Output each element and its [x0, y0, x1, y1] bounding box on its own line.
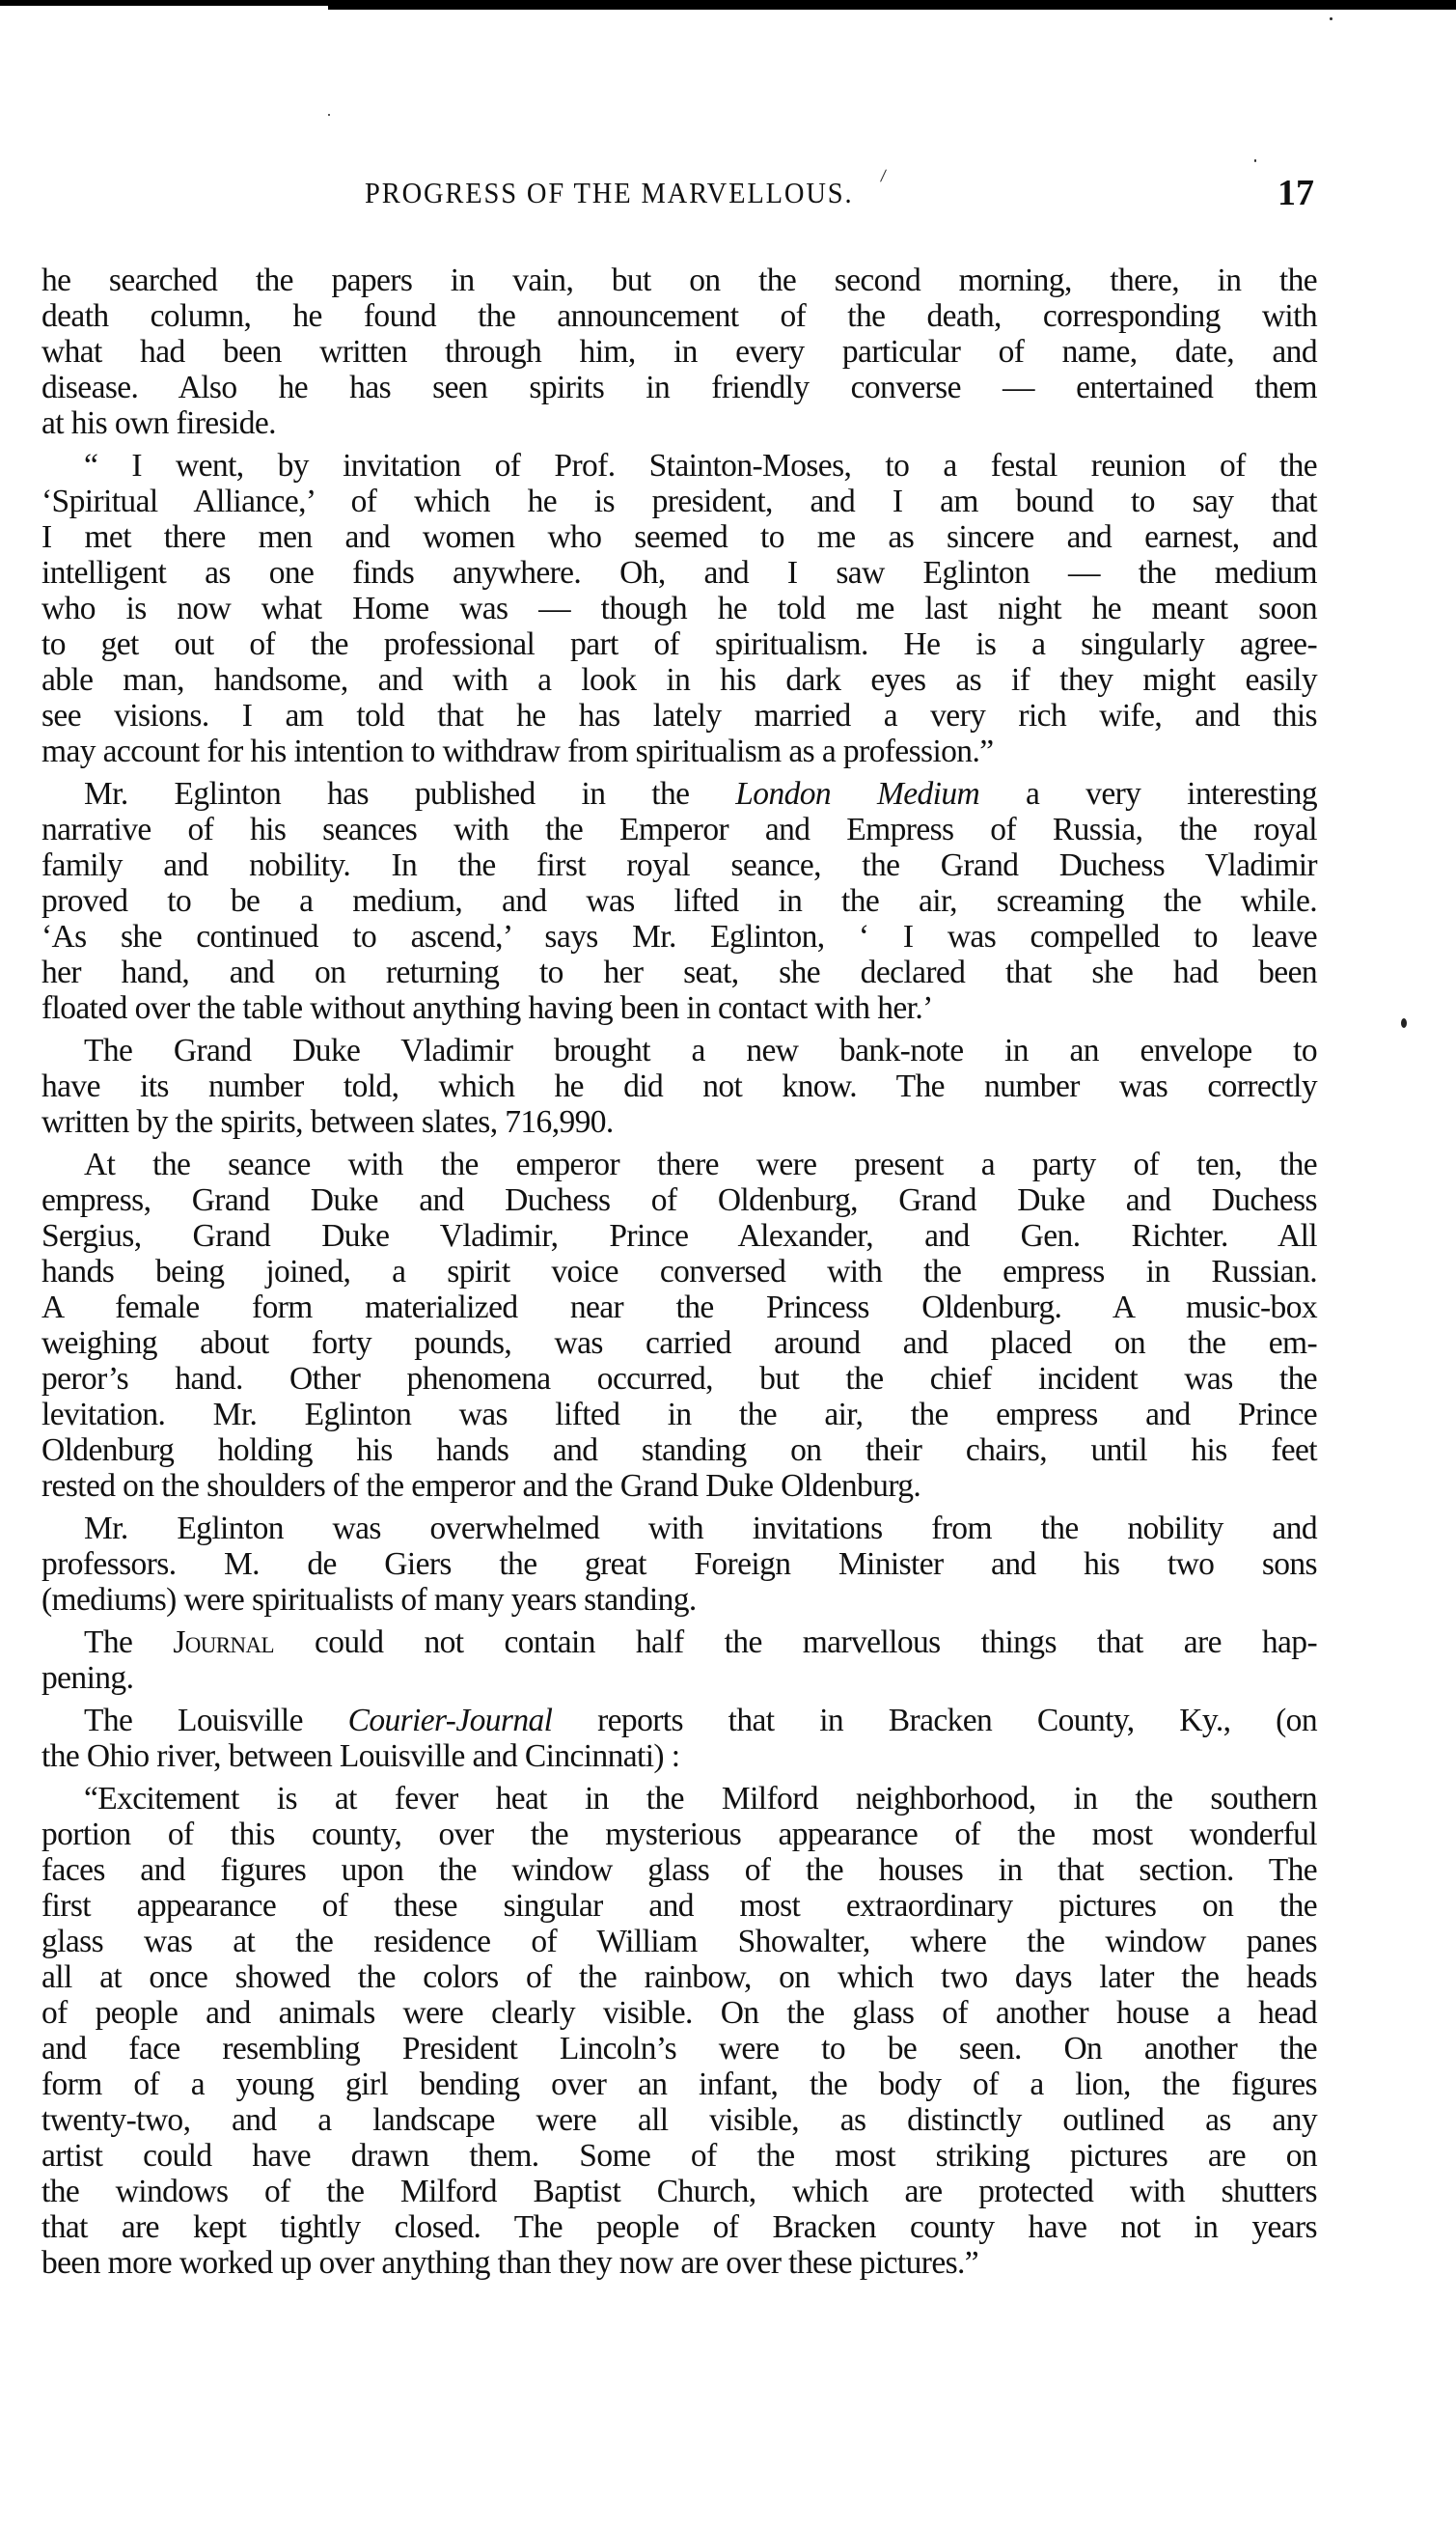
- text-line: may account for his intention to withdra…: [41, 734, 1317, 769]
- paragraph: The Journal could not contain half the m…: [41, 1624, 1317, 1696]
- scan-edge-top-shadow: [328, 0, 1456, 10]
- text-line: A female form materialized near the Prin…: [41, 1290, 1317, 1325]
- small-caps-word: Journal: [173, 1624, 274, 1660]
- text-line: the windows of the Milford Baptist Churc…: [41, 2174, 1317, 2209]
- scan-speck: [1401, 1018, 1407, 1028]
- text-line: able man, handsome, and with a look in h…: [41, 662, 1317, 698]
- scan-speck: [1254, 159, 1256, 162]
- text-line: have its number told, which he did not k…: [41, 1068, 1317, 1104]
- text-line: I met there men and women who seemed to …: [41, 519, 1317, 555]
- text-line: At the seance with the emperor there wer…: [41, 1147, 1317, 1182]
- paragraph: The Louisville Courier-Journal reports t…: [41, 1703, 1317, 1774]
- text-line: peror’s hand. Other phenomena occurred, …: [41, 1361, 1317, 1397]
- text-line: professors. M. de Giers the great Foreig…: [41, 1546, 1317, 1582]
- text-line: her hand, and on returning to her seat, …: [41, 955, 1317, 990]
- scan-speck: [1330, 17, 1332, 20]
- text-line: (mediums) were spiritualists of many yea…: [41, 1582, 1317, 1618]
- scan-speck: [328, 114, 330, 116]
- text-line: narrative of his seances with the Empero…: [41, 812, 1317, 847]
- text-line: glass was at the residence of William Sh…: [41, 1924, 1317, 1959]
- text-line: portion of this county, over the mysteri…: [41, 1817, 1317, 1852]
- text-line: The Journal could not contain half the m…: [41, 1624, 1317, 1660]
- text-line: empress, Grand Duke and Duchess of Olden…: [41, 1182, 1317, 1218]
- text-line: first appearance of these singular and m…: [41, 1888, 1317, 1924]
- page-header: PROGRESS OF THE MARVELLOUS. 17: [0, 176, 1456, 214]
- text-line: disease. Also he has seen spirits in fri…: [41, 370, 1317, 405]
- paragraph: Mr. Eglinton has published in the London…: [41, 776, 1317, 1026]
- text-line: The Louisville Courier-Journal reports t…: [41, 1703, 1317, 1738]
- text-line: Oldenburg holding his hands and standing…: [41, 1432, 1317, 1468]
- text-line: The Grand Duke Vladimir brought a new ba…: [41, 1033, 1317, 1068]
- running-head: PROGRESS OF THE MARVELLOUS.: [365, 176, 853, 210]
- text-line: proved to be a medium, and was lifted in…: [41, 883, 1317, 919]
- text-line: weighing about forty pounds, was carried…: [41, 1325, 1317, 1361]
- text-line: to get out of the professional part of s…: [41, 626, 1317, 662]
- text-line: at his own fireside.: [41, 405, 1317, 441]
- text-line: see visions. I am told that he has latel…: [41, 698, 1317, 734]
- text-line: and face resembling President Lincoln’s …: [41, 2031, 1317, 2066]
- text-line: ‘As she continued to ascend,’ says Mr. E…: [41, 919, 1317, 955]
- paragraph: “ I went, by invitation of Prof. Stainto…: [41, 448, 1317, 769]
- text-line: Sergius, Grand Duke Vladimir, Prince Ale…: [41, 1218, 1317, 1254]
- paragraph: The Grand Duke Vladimir brought a new ba…: [41, 1033, 1317, 1140]
- text-line: Mr. Eglinton has published in the London…: [41, 776, 1317, 812]
- italic-title: London Medium: [735, 776, 979, 812]
- text-line: pening.: [41, 1660, 1317, 1696]
- italic-title: Courier-Journal: [348, 1703, 553, 1738]
- paragraph: Mr. Eglinton was overwhelmed with invita…: [41, 1511, 1317, 1618]
- text-line: intelligent as one finds anywhere. Oh, a…: [41, 555, 1317, 591]
- text-line: levitation. Mr. Eglinton was lifted in t…: [41, 1397, 1317, 1432]
- paragraph: he searched the papers in vain, but on t…: [41, 263, 1317, 441]
- text-line: ‘Spiritual Alliance,’ of which he is pre…: [41, 484, 1317, 519]
- text-line: twenty-two, and a landscape were all vis…: [41, 2102, 1317, 2138]
- text-line: form of a young girl bending over an inf…: [41, 2066, 1317, 2102]
- paragraph: “Excitement is at fever heat in the Milf…: [41, 1781, 1317, 2281]
- text-line: floated over the table without anything …: [41, 990, 1317, 1026]
- text-line: been more worked up over anything than t…: [41, 2245, 1317, 2281]
- text-line: Mr. Eglinton was overwhelmed with invita…: [41, 1511, 1317, 1546]
- text-line: rested on the shoulders of the emperor a…: [41, 1468, 1317, 1504]
- text-line: written by the spirits, between slates, …: [41, 1104, 1317, 1140]
- text-line: of people and animals were clearly visib…: [41, 1995, 1317, 2031]
- text-line: who is now what Home was — though he tol…: [41, 591, 1317, 626]
- text-line: faces and figures upon the window glass …: [41, 1852, 1317, 1888]
- text-line: “Excitement is at fever heat in the Milf…: [41, 1781, 1317, 1817]
- text-line: the Ohio river, between Louisville and C…: [41, 1738, 1317, 1774]
- page-number: 17: [1277, 172, 1314, 214]
- body-text: he searched the papers in vain, but on t…: [41, 263, 1317, 2288]
- text-line: that are kept tightly closed. The people…: [41, 2209, 1317, 2245]
- paragraph: At the seance with the emperor there wer…: [41, 1147, 1317, 1504]
- text-line: artist could have drawn them. Some of th…: [41, 2138, 1317, 2174]
- text-line: death column, he found the announcement …: [41, 298, 1317, 334]
- text-line: “ I went, by invitation of Prof. Stainto…: [41, 448, 1317, 484]
- text-line: he searched the papers in vain, but on t…: [41, 263, 1317, 298]
- text-line: all at once showed the colors of the rai…: [41, 1959, 1317, 1995]
- text-line: hands being joined, a spirit voice conve…: [41, 1254, 1317, 1290]
- text-line: family and nobility. In the first royal …: [41, 847, 1317, 883]
- text-line: what had been written through him, in ev…: [41, 334, 1317, 370]
